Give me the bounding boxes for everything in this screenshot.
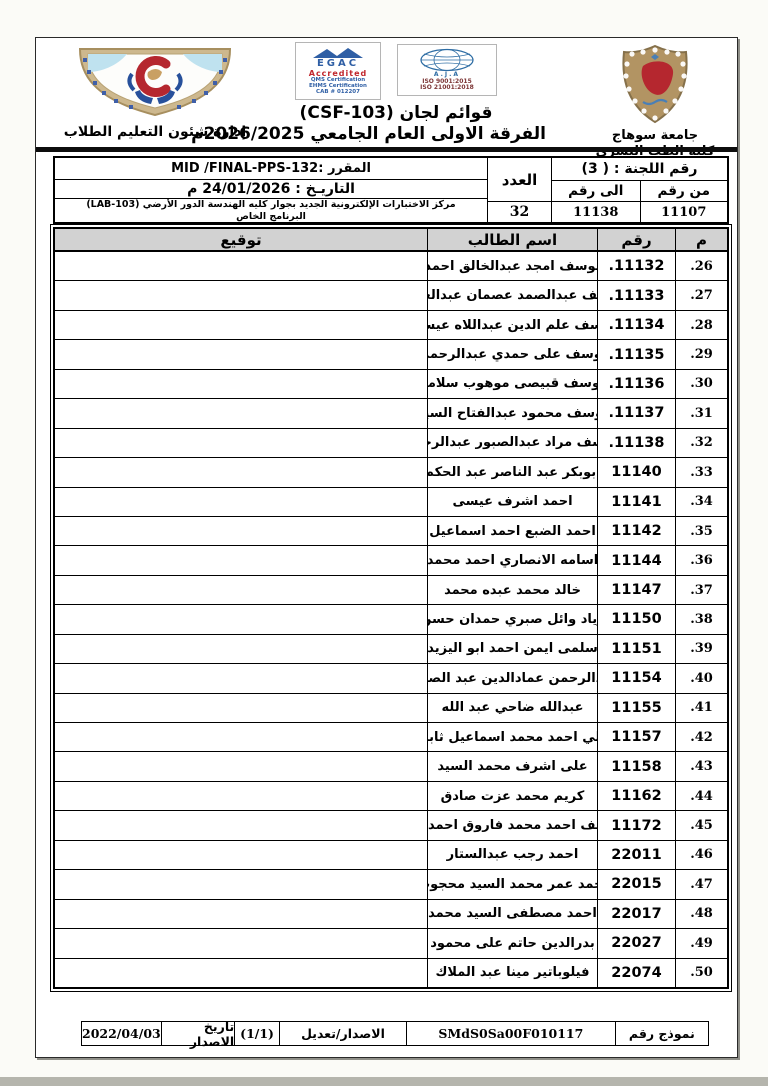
signature-cell <box>55 605 427 633</box>
student-row: 29. 11135. يوسف على حمدي عبدالرحمن <box>55 339 727 368</box>
university-name: جامعة سوهاج <box>583 128 727 144</box>
course-name: المقرر :MID /FINAL-PPS-132 <box>55 158 487 180</box>
serial-cell: 36. <box>675 546 727 574</box>
signature-cell <box>55 841 427 869</box>
to-number-value: 11138 <box>552 202 640 222</box>
serial-cell: 35. <box>675 517 727 545</box>
student-number-cell: 11142 <box>597 517 675 545</box>
sohag-university-logo-icon <box>619 44 691 124</box>
count-value: 32 <box>488 202 551 222</box>
from-number-label: من رقم <box>640 181 728 201</box>
signature-cell <box>55 517 427 545</box>
student-name-cell: يوسف قبيصى موهوب سلامه <box>427 370 597 398</box>
student-name-cell: فيلوباتير مينا عبد الملاك <box>427 959 597 987</box>
students-table-header: م رقم اسم الطالب توقيع <box>55 229 727 252</box>
student-number-cell: 11162 <box>597 782 675 810</box>
signature-cell <box>55 370 427 398</box>
aja-iso-line: ISO 21001:2018 <box>420 85 474 92</box>
document-title: قوائم لجان (CSF-103) <box>246 103 546 123</box>
exam-location-line2: البرنامج الخاص <box>236 211 306 222</box>
scan-edge <box>0 1077 768 1086</box>
signature-cell <box>55 870 427 898</box>
serial-cell: 32. <box>675 429 727 457</box>
committee-number-label: رقم اللجنة : ( 3) <box>552 158 727 181</box>
student-name-cell: زياد وائل صبري حمدان حسن <box>427 605 597 633</box>
student-number-cell: 11141 <box>597 488 675 516</box>
student-row: 34. 11141 احمد اشرف عيسى <box>55 487 727 516</box>
from-number-value: 11107 <box>640 202 728 222</box>
student-number-cell: 11158 <box>597 752 675 780</box>
signature-cell <box>55 399 427 427</box>
issue-date-label: تاريخ الاصدار <box>161 1022 235 1045</box>
student-row: 50. 22074 فيلوباتير مينا عبد الملاك <box>55 958 727 987</box>
student-row: 42. 11157 علي احمد محمد اسماعيل ثابت <box>55 722 727 751</box>
serial-cell: 40. <box>675 664 727 692</box>
student-row: 32. 11138. يوسف مراد عبدالصبور عبدالرحيم <box>55 428 727 457</box>
student-row: 40. 11154 عبدالرحمن عمادالدين عبد الصبور <box>55 663 727 692</box>
signature-cell <box>55 664 427 692</box>
student-row: 37. 11147 خالد محمد عبده محمد <box>55 575 727 604</box>
serial-cell: 48. <box>675 900 727 928</box>
student-number-cell: 11136. <box>597 370 675 398</box>
header-serial: م <box>675 229 727 250</box>
serial-cell: 45. <box>675 811 727 839</box>
signature-cell <box>55 281 427 309</box>
signature-cell <box>55 429 427 457</box>
aja-accreditation-logo: A.J.A ISO 9001:2015 ISO 21001:2018 <box>397 44 497 96</box>
student-number-cell: 22017 <box>597 900 675 928</box>
student-name-cell: يوسف على حمدي عبدالرحمن <box>427 340 597 368</box>
student-number-cell: 22015 <box>597 870 675 898</box>
signature-cell <box>55 340 427 368</box>
serial-cell: 43. <box>675 752 727 780</box>
student-number-cell: 11133. <box>597 281 675 309</box>
student-number-cell: 11155 <box>597 694 675 722</box>
serial-cell: 42. <box>675 723 727 751</box>
student-number-cell: 11137. <box>597 399 675 427</box>
document-title-block: EGAC Accredited QMS Certification EHMS C… <box>246 42 546 144</box>
student-name-cell: عبدالله ضاحي عبد الله <box>427 694 597 722</box>
signature-cell <box>55 635 427 663</box>
form-footer-table: نموذج رقم SMdS0Sa00F010117 الاصدار/تعديل… <box>81 1021 709 1046</box>
student-row: 45. 11172 يوسف احمد محمد فاروق احمد طه <box>55 810 727 839</box>
student-name-cell: علي احمد محمد اسماعيل ثابت <box>427 723 597 751</box>
student-name-cell: ابوبكر عبد الناصر عبد الحكم <box>427 458 597 486</box>
student-number-cell: 22011 <box>597 841 675 869</box>
signature-cell <box>55 252 427 280</box>
student-name-cell: بدرالدين حاتم على محمود <box>427 929 597 957</box>
student-number-cell: 11140 <box>597 458 675 486</box>
signature-cell <box>55 311 427 339</box>
course-block: المقرر :MID /FINAL-PPS-132 التاريـخ : 24… <box>55 158 487 222</box>
student-number-cell: 11138. <box>597 429 675 457</box>
serial-cell: 27. <box>675 281 727 309</box>
student-row: 38. 11150 زياد وائل صبري حمدان حسن <box>55 604 727 633</box>
student-number-cell: 11135. <box>597 340 675 368</box>
student-name-cell: يوسف محمود عبدالفتاح السيد <box>427 399 597 427</box>
student-number-cell: 11147 <box>597 576 675 604</box>
header-signature: توقيع <box>55 229 427 250</box>
serial-cell: 38. <box>675 605 727 633</box>
serial-cell: 37. <box>675 576 727 604</box>
serial-cell: 39. <box>675 635 727 663</box>
signature-cell <box>55 929 427 957</box>
signature-cell <box>55 752 427 780</box>
student-row: 46. 22011 احمد رجب عبدالستار <box>55 840 727 869</box>
serial-cell: 26. <box>675 252 727 280</box>
issue-value: (1/1) <box>234 1022 279 1045</box>
serial-cell: 41. <box>675 694 727 722</box>
exam-info-table: رقم اللجنة : ( 3) من رقم الى رقم 11107 1… <box>53 156 729 224</box>
student-name-cell: على اشرف محمد السيد <box>427 752 597 780</box>
student-row: 44. 11162 كريم محمد عزت صادق <box>55 781 727 810</box>
issue-label: الاصدار/تعديل <box>279 1022 406 1045</box>
student-name-cell: يوسف عبدالصمد عصمان عبدالغفار <box>427 281 597 309</box>
serial-cell: 50. <box>675 959 727 987</box>
student-name-cell: سلمى ايمن احمد ابو اليزيد <box>427 635 597 663</box>
student-row: 47. 22015 احمد عمر محمد السيد محجوب <box>55 869 727 898</box>
signature-cell <box>55 723 427 751</box>
student-row: 26. 11132. يوسف امجد عبدالخالق احمد <box>55 252 727 280</box>
student-row: 39. 11151 سلمى ايمن احمد ابو اليزيد <box>55 634 727 663</box>
student-row: 31. 11137. يوسف محمود عبدالفتاح السيد <box>55 398 727 427</box>
egac-cab-line: CAB # 012207 <box>316 90 360 96</box>
student-number-cell: 11144 <box>597 546 675 574</box>
header-divider <box>36 147 737 152</box>
signature-cell <box>55 959 427 987</box>
table-body: 26. 11132. يوسف امجد عبدالخالق احمد 27. … <box>55 252 727 987</box>
signature-cell <box>55 782 427 810</box>
students-table: م رقم اسم الطالب توقيع 26. 11132. يوسف ا… <box>53 227 729 989</box>
header-student-name: اسم الطالب <box>427 229 597 250</box>
student-name-cell: احمد رجب عبدالستار <box>427 841 597 869</box>
form-number-label: نموذج رقم <box>615 1022 708 1045</box>
faculty-of-medicine-logo-icon <box>75 46 235 118</box>
to-number-label: الى رقم <box>552 181 640 201</box>
serial-cell: 30. <box>675 370 727 398</box>
signature-cell <box>55 488 427 516</box>
student-number-cell: 11132. <box>597 252 675 280</box>
signature-cell <box>55 458 427 486</box>
student-name-cell: احمد عمر محمد السيد محجوب <box>427 870 597 898</box>
serial-cell: 44. <box>675 782 727 810</box>
student-row: 28. 11134. يوسف علم الدين عبداللاه عيسي <box>55 310 727 339</box>
count-block: العدد 32 <box>487 158 551 222</box>
student-name-cell: كريم محمد عزت صادق <box>427 782 597 810</box>
signature-cell <box>55 694 427 722</box>
serial-cell: 31. <box>675 399 727 427</box>
student-number-cell: 11154 <box>597 664 675 692</box>
egac-accreditation-logo: EGAC Accredited QMS Certification EHMS C… <box>295 42 381 100</box>
student-row: 27. 11133. يوسف عبدالصمد عصمان عبدالغفار <box>55 280 727 309</box>
student-name-cell: اسامه الانصاري احمد محمد <box>427 546 597 574</box>
student-name-cell: احمد مصطفى السيد محمد <box>427 900 597 928</box>
student-name-cell: خالد محمد عبده محمد <box>427 576 597 604</box>
student-name-cell: يوسف امجد عبدالخالق احمد <box>427 252 597 280</box>
header-number: رقم <box>597 229 675 250</box>
student-row: 36. 11144 اسامه الانصاري احمد محمد <box>55 545 727 574</box>
serial-cell: 29. <box>675 340 727 368</box>
student-number-cell: 22074 <box>597 959 675 987</box>
issue-date-value: 2022/04/03 <box>82 1022 161 1045</box>
student-row: 41. 11155 عبدالله ضاحي عبد الله <box>55 693 727 722</box>
serial-cell: 49. <box>675 929 727 957</box>
serial-cell: 34. <box>675 488 727 516</box>
signature-cell <box>55 546 427 574</box>
signature-cell <box>55 811 427 839</box>
count-label: العدد <box>488 158 551 202</box>
student-row: 48. 22017 احمد مصطفى السيد محمد <box>55 899 727 928</box>
university-header: جامعة سوهاج كلية الطب البشرى <box>583 44 727 161</box>
student-row: 49. 22027 بدرالدين حاتم على محمود <box>55 928 727 957</box>
student-row: 35. 11142 احمد الضبع احمد اسماعيل <box>55 516 727 545</box>
student-name-cell: يوسف مراد عبدالصبور عبدالرحيم <box>427 429 597 457</box>
student-number-cell: 11134. <box>597 311 675 339</box>
student-number-cell: 22027 <box>597 929 675 957</box>
student-row: 33. 11140 ابوبكر عبد الناصر عبد الحكم <box>55 457 727 486</box>
serial-cell: 28. <box>675 311 727 339</box>
student-number-cell: 11172 <box>597 811 675 839</box>
exam-location: مركز الاختبارات الإلكترونية الجديد بجوار… <box>55 199 487 222</box>
student-number-cell: 11157 <box>597 723 675 751</box>
serial-cell: 33. <box>675 458 727 486</box>
document-subtitle: الفرقة الاولى العام الجامعي 2026/2025م <box>246 124 546 144</box>
student-number-cell: 11150 <box>597 605 675 633</box>
serial-cell: 46. <box>675 841 727 869</box>
form-code: SMdS0Sa00F010117 <box>406 1022 615 1045</box>
student-row: 30. 11136. يوسف قبيصى موهوب سلامه <box>55 369 727 398</box>
committee-block: رقم اللجنة : ( 3) من رقم الى رقم 11107 1… <box>551 158 727 222</box>
student-name-cell: يوسف احمد محمد فاروق احمد طه <box>427 811 597 839</box>
student-row: 43. 11158 على اشرف محمد السيد <box>55 751 727 780</box>
serial-cell: 47. <box>675 870 727 898</box>
exam-date: التاريـخ : 24/01/2026 م <box>55 180 487 200</box>
aja-globe-icon <box>418 48 476 72</box>
signature-cell <box>55 576 427 604</box>
document-frame: جامعة سوهاج كلية الطب البشرى إدارة شئ <box>35 37 738 1058</box>
student-number-cell: 11151 <box>597 635 675 663</box>
student-name-cell: احمد اشرف عيسى <box>427 488 597 516</box>
student-name-cell: عبدالرحمن عمادالدين عبد الصبور <box>427 664 597 692</box>
student-name-cell: يوسف علم الدين عبداللاه عيسي <box>427 311 597 339</box>
student-name-cell: احمد الضبع احمد اسماعيل <box>427 517 597 545</box>
signature-cell <box>55 900 427 928</box>
scanned-document-page: { "colors": { "table_header_bg": "#d2d2d… <box>0 0 768 1086</box>
exam-location-line1: مركز الاختبارات الإلكترونية الجديد بجوار… <box>86 199 455 210</box>
